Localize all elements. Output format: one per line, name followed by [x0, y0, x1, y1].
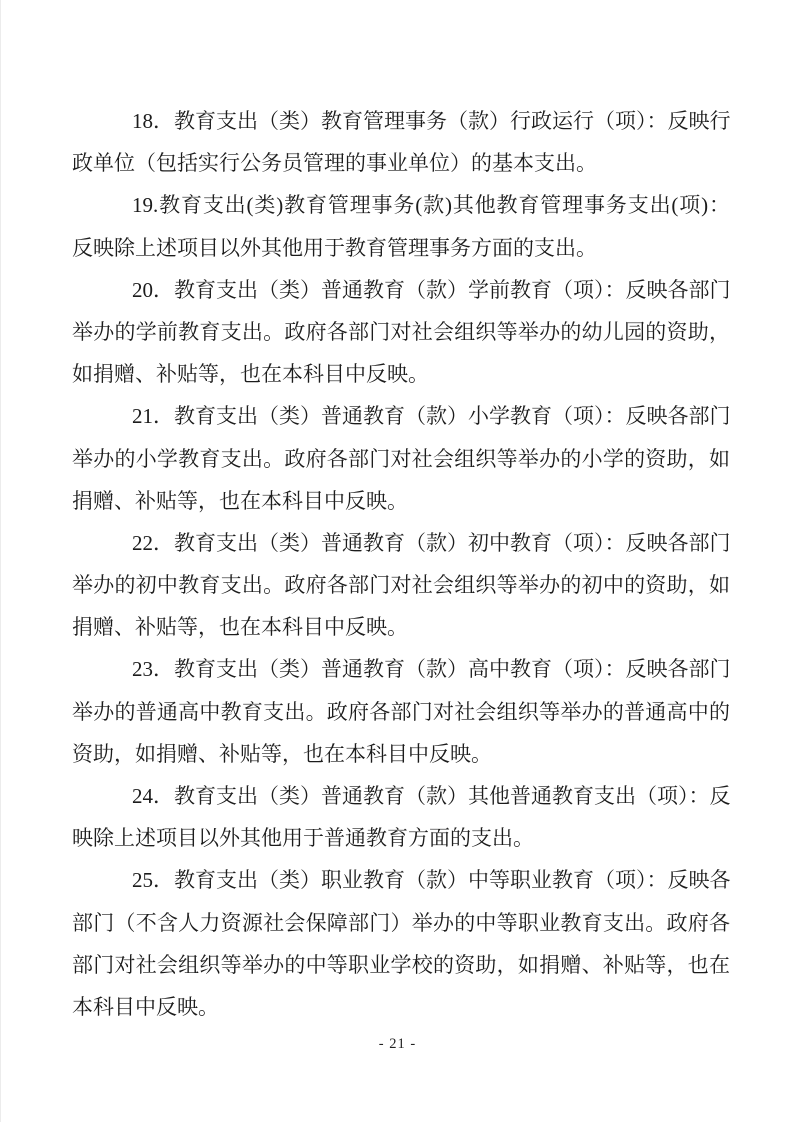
text-line: 部门对社会组织等举办的中等职业学校的资助，如捐赠、补贴等，也在 — [72, 944, 730, 986]
paragraph-20: 20．教育支出（类）普通教育（款）学前教育（项）：反映各部门举办的学前教育支出。… — [72, 269, 730, 396]
text-line: 举办的小学教育支出。政府各部门对社会组织等举办的小学的资助，如 — [72, 438, 730, 480]
paragraph-18: 18．教育支出（类）教育管理事务（款）行政运行（项）：反映行政单位（包括实行公务… — [72, 100, 730, 184]
text-line: 政单位（包括实行公务员管理的事业单位）的基本支出。 — [72, 142, 730, 184]
paragraph-22: 22．教育支出（类）普通教育（款）初中教育（项）：反映各部门举办的初中教育支出。… — [72, 522, 730, 649]
text-line: 本科目中反映。 — [72, 986, 730, 1028]
text-line: 21．教育支出（类）普通教育（款）小学教育（项）：反映各部门 — [72, 395, 730, 437]
paragraph-24: 24．教育支出（类）普通教育（款）其他普通教育支出（项）：反映除上述项目以外其他… — [72, 775, 730, 859]
text-line: 捐赠、补贴等，也在本科目中反映。 — [72, 480, 730, 522]
text-line: 如捐赠、补贴等，也在本科目中反映。 — [72, 353, 730, 395]
paragraph-19: 19.教育支出(类)教育管理事务(款)其他教育管理事务支出(项)：反映除上述项目… — [72, 184, 730, 268]
paragraph-25: 25．教育支出（类）职业教育（款）中等职业教育（项）：反映各部门（不含人力资源社… — [72, 859, 730, 1028]
paragraph-21: 21．教育支出（类）普通教育（款）小学教育（项）：反映各部门举办的小学教育支出。… — [72, 395, 730, 522]
document-body: 18．教育支出（类）教育管理事务（款）行政运行（项）：反映行政单位（包括实行公务… — [72, 100, 730, 1028]
text-line: 20．教育支出（类）普通教育（款）学前教育（项）：反映各部门 — [72, 269, 730, 311]
text-line: 映除上述项目以外其他用于普通教育方面的支出。 — [72, 817, 730, 859]
text-line: 25．教育支出（类）职业教育（款）中等职业教育（项）：反映各 — [72, 859, 730, 901]
text-line: 举办的学前教育支出。政府各部门对社会组织等举办的幼儿园的资助， — [72, 311, 730, 353]
text-line: 18．教育支出（类）教育管理事务（款）行政运行（项）：反映行 — [72, 100, 730, 142]
text-line: 举办的普通高中教育支出。政府各部门对社会组织等举办的普通高中的 — [72, 691, 730, 733]
text-line: 反映除上述项目以外其他用于教育管理事务方面的支出。 — [72, 227, 730, 269]
document-page: 18．教育支出（类）教育管理事务（款）行政运行（项）：反映行政单位（包括实行公务… — [0, 0, 793, 1122]
text-line: 资助，如捐赠、补贴等，也在本科目中反映。 — [72, 733, 730, 775]
page-number: - 21 - — [1, 1034, 793, 1054]
text-line: 23．教育支出（类）普通教育（款）高中教育（项）：反映各部门 — [72, 648, 730, 690]
text-line: 24．教育支出（类）普通教育（款）其他普通教育支出（项）：反 — [72, 775, 730, 817]
text-line: 举办的初中教育支出。政府各部门对社会组织等举办的初中的资助，如 — [72, 564, 730, 606]
text-line: 22．教育支出（类）普通教育（款）初中教育（项）：反映各部门 — [72, 522, 730, 564]
text-line: 部门（不含人力资源社会保障部门）举办的中等职业教育支出。政府各 — [72, 902, 730, 944]
text-line: 捐赠、补贴等，也在本科目中反映。 — [72, 606, 730, 648]
paragraph-23: 23．教育支出（类）普通教育（款）高中教育（项）：反映各部门举办的普通高中教育支… — [72, 648, 730, 775]
text-line: 19.教育支出(类)教育管理事务(款)其他教育管理事务支出(项)： — [72, 184, 730, 226]
